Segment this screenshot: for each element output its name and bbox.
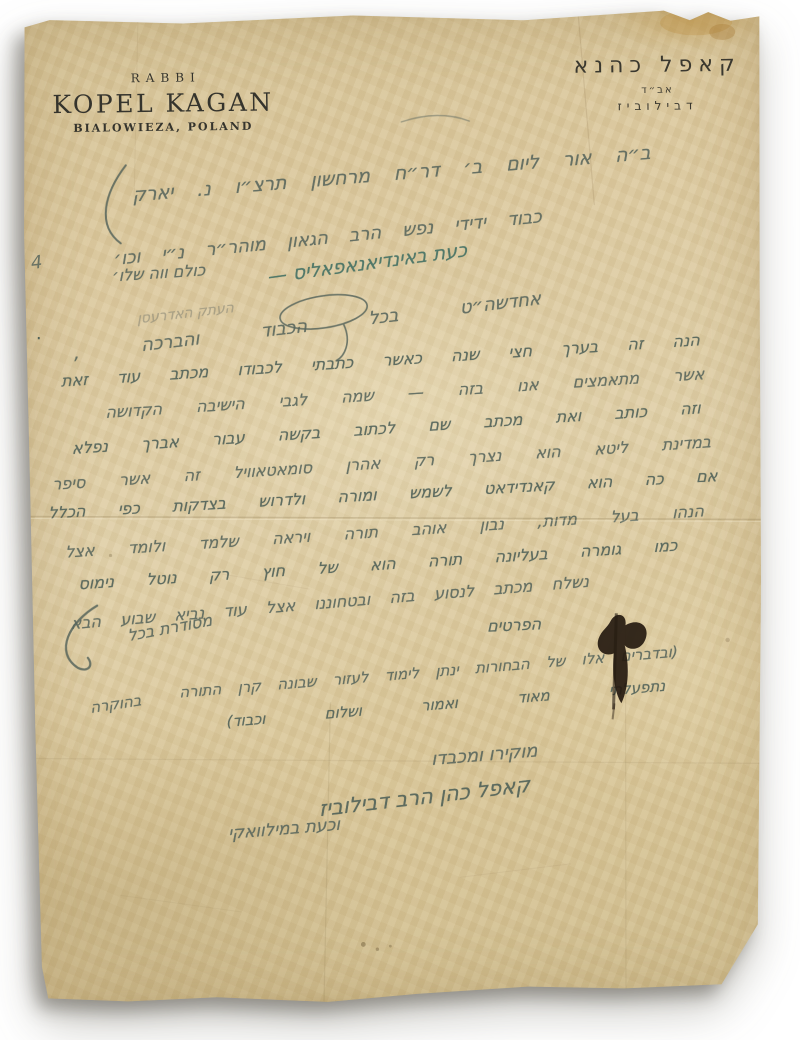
margin-dot: · — [36, 328, 42, 349]
letterhead-location: BIALOWIEZA, POLAND — [49, 119, 277, 135]
margin-number: 4 — [30, 252, 44, 274]
letterhead-title: RABBI — [49, 69, 277, 86]
stray-stroke — [401, 115, 469, 122]
handwritten-line: הפרטים — [487, 614, 541, 636]
handwritten-signature-line: וכעת במילוואקי — [228, 815, 340, 844]
letter-paper: RABBI KOPEL KAGAN BIALOWIEZA, POLAND קאפ… — [20, 8, 772, 1007]
letterhead-hebrew-location: דבילוביז — [570, 98, 745, 114]
letterhead-hebrew: קאפל כהנא אב״ד דבילוביז — [569, 52, 745, 114]
dateline-flourish — [105, 165, 127, 243]
handwritten-dateline: ב״ה אור ליום ב׳ דר״ח מרחשון תרצ״ו נ. יאר… — [132, 142, 651, 207]
letterhead-hebrew-role: אב״ד — [570, 84, 745, 97]
handwritten-closing: מוקירו ומכבדו — [431, 740, 537, 770]
handwritten-signature: קאפל כהן הרב דבילוביז — [318, 772, 530, 821]
letterhead-name: KOPEL KAGAN — [49, 87, 277, 119]
handwritten-line: בהוקרה — [89, 691, 141, 717]
letter-photograph: RABBI KOPEL KAGAN BIALOWIEZA, POLAND קאפ… — [0, 0, 800, 1040]
letterhead-hebrew-name: קאפל כהנא — [569, 52, 744, 79]
handwritten-pencil-note: העתק האדרעסן — [137, 300, 234, 327]
letterhead-english: RABBI KOPEL KAGAN BIALOWIEZA, POLAND — [49, 69, 278, 135]
paper-shadow-wrap: RABBI KOPEL KAGAN BIALOWIEZA, POLAND קאפ… — [26, 12, 766, 1002]
